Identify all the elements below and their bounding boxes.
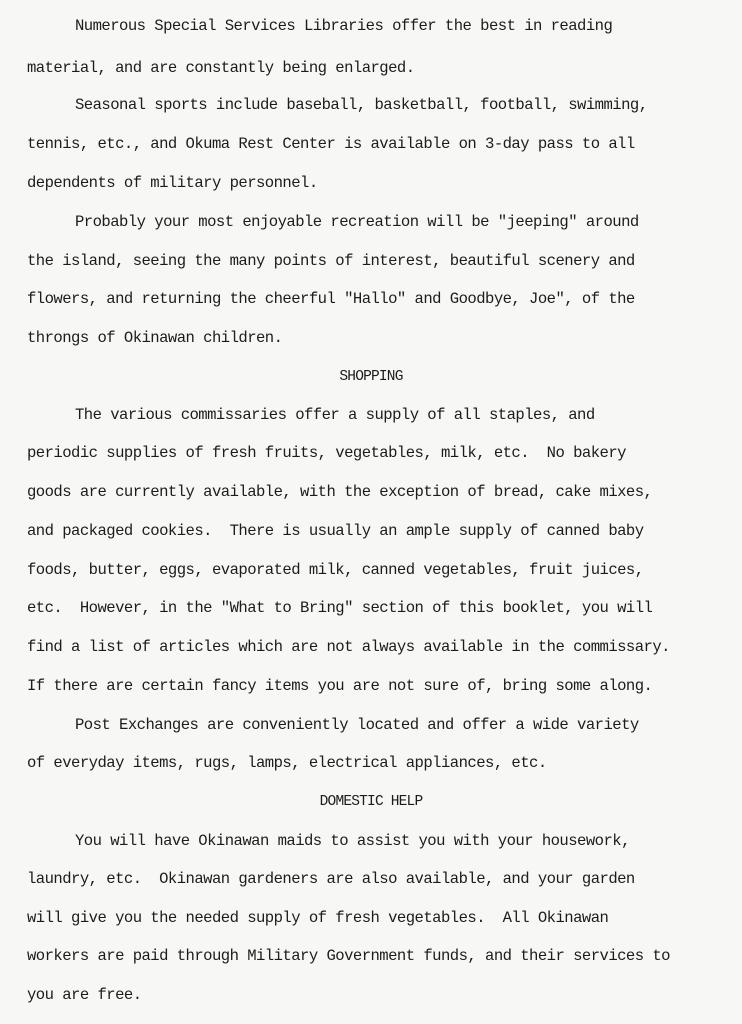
paragraph-domestic-line-1: You will have Okinawan maids to assist y… [75, 831, 630, 851]
paragraph-sports-line-2: tennis, etc., and Okuma Rest Center is a… [27, 134, 635, 154]
paragraph-recreation-line-1: Probably your most enjoyable recreation … [75, 212, 639, 232]
paragraph-commissaries-line-3: goods are currently available, with the … [27, 482, 652, 502]
paragraph-domestic-line-5: you are free. [27, 985, 142, 1005]
paragraph-recreation-line-3: flowers, and returning the cheerful "Hal… [27, 289, 635, 309]
paragraph-exchanges-line-2: of everyday items, rugs, lamps, electric… [27, 753, 547, 773]
typewritten-page: Numerous Special Services Libraries offe… [0, 0, 742, 1024]
paragraph-commissaries-line-7: find a list of articles which are not al… [27, 637, 670, 657]
paragraph-recreation-line-2: the island, seeing the many points of in… [27, 251, 635, 271]
paragraph-domestic-line-2: laundry, etc. Okinawan gardeners are als… [27, 869, 635, 889]
paragraph-commissaries-line-4: and packaged cookies. There is usually a… [27, 521, 644, 541]
paragraph-recreation-line-4: throngs of Okinawan children. [27, 328, 282, 348]
paragraph-commissaries-line-6: etc. However, in the "What to Bring" sec… [27, 598, 652, 618]
paragraph-commissaries-line-1: The various commissaries offer a supply … [75, 405, 595, 425]
paragraph-sports-line-1: Seasonal sports include baseball, basket… [75, 95, 648, 115]
paragraph-domestic-line-4: workers are paid through Military Govern… [27, 946, 670, 966]
paragraph-exchanges-line-1: Post Exchanges are conveniently located … [75, 715, 639, 735]
paragraph-libraries-line-1: Numerous Special Services Libraries offe… [75, 16, 612, 36]
paragraph-commissaries-line-5: foods, butter, eggs, evaporated milk, ca… [27, 560, 644, 580]
paragraph-sports-line-3: dependents of military personnel. [27, 173, 318, 193]
paragraph-commissaries-line-2: periodic supplies of fresh fruits, veget… [27, 443, 626, 463]
paragraph-commissaries-line-8: If there are certain fancy items you are… [27, 676, 652, 696]
heading-domestic-help: DOMESTIC HELP [0, 792, 742, 812]
paragraph-libraries-line-2: material, and are constantly being enlar… [27, 58, 415, 78]
heading-shopping: SHOPPING [0, 367, 742, 387]
paragraph-domestic-line-3: will give you the needed supply of fresh… [27, 908, 608, 928]
